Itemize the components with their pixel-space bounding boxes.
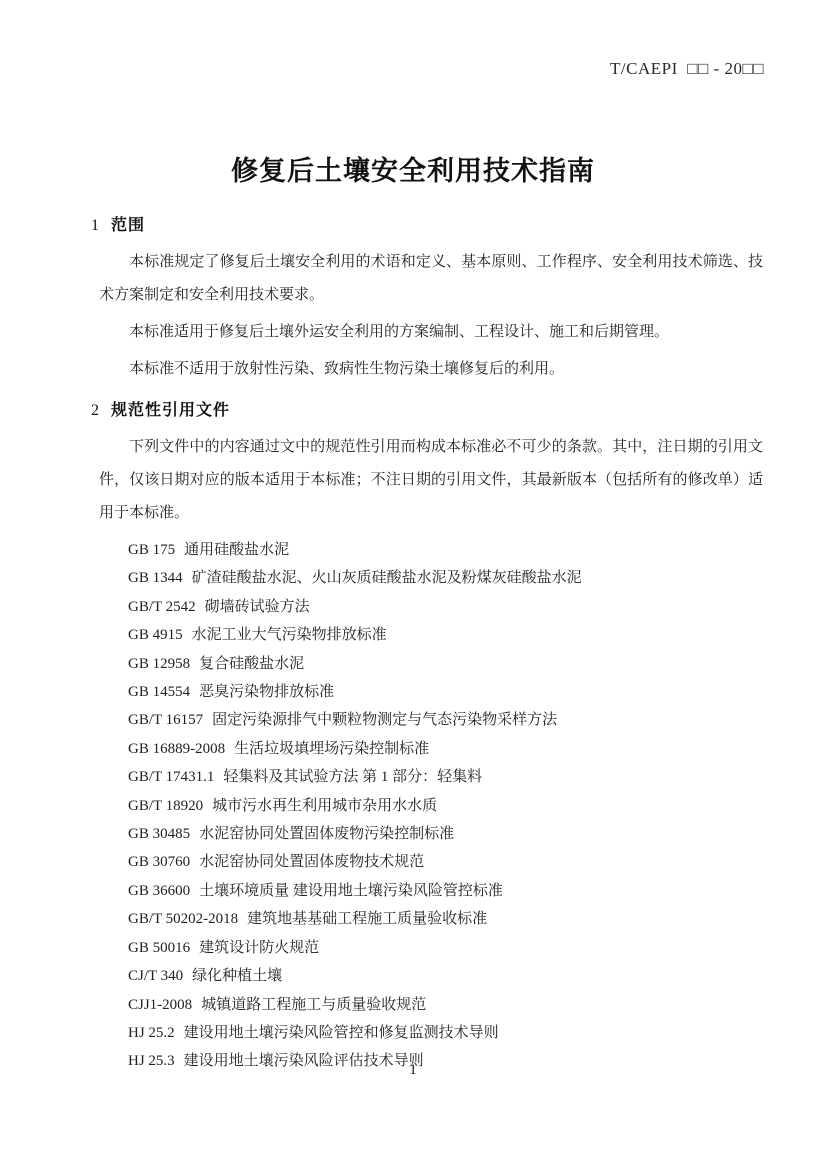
reference-item: HJ 25.2建设用地土壤污染风险管控和修复监测技术导则: [128, 1019, 763, 1047]
reference-item: GB 14554恶臭污染物排放标准: [128, 678, 763, 706]
reference-code: GB 30760: [128, 854, 190, 870]
reference-code: GB/T 18920: [128, 798, 203, 814]
reference-item: GB/T 2542砌墙砖试验方法: [128, 593, 763, 621]
reference-name: 水泥工业大气污染物排放标准: [192, 627, 387, 643]
reference-item: GB 12958复合硅酸盐水泥: [128, 650, 763, 678]
reference-code: GB 14554: [128, 684, 190, 700]
reference-code: GB 30485: [128, 826, 190, 842]
reference-item: GB/T 16157固定污染源排气中颗粒物测定与气态污染物采样方法: [128, 706, 763, 734]
reference-name: 绿化种植土壤: [192, 968, 282, 984]
reference-name: 建设用地土壤污染风险管控和修复监测技术导则: [184, 1025, 499, 1041]
document-title: 修复后土壤安全利用技术指南: [0, 149, 826, 188]
reference-code: GB 175: [128, 542, 175, 558]
reference-name: 恶臭污染物排放标准: [199, 684, 334, 700]
reference-code: GB/T 17431.1: [128, 769, 214, 785]
reference-name: 固定污染源排气中颗粒物测定与气态污染物采样方法: [212, 712, 557, 728]
reference-name: 建筑设计防火规范: [199, 940, 319, 956]
reference-item: CJ/T 340绿化种植土壤: [128, 962, 763, 990]
page-number: 1: [0, 1062, 826, 1079]
reference-code: HJ 25.2: [128, 1025, 175, 1041]
reference-item: GB 1344矿渣硅酸盐水泥、火山灰质硅酸盐水泥及粉煤灰硅酸盐水泥: [128, 564, 763, 592]
reference-code: CJJ1-2008: [128, 997, 192, 1013]
reference-code: GB 1344: [128, 570, 183, 586]
reference-item: GB 36600土壤环境质量 建设用地土壤污染风险管控标准: [128, 877, 763, 905]
reference-name: 轻集料及其试验方法 第 1 部分：轻集料: [223, 769, 482, 785]
reference-item: GB/T 50202-2018建筑地基基础工程施工质量验收标准: [128, 905, 763, 933]
paragraph-scope-1: 本标准规定了修复后土壤安全利用的术语和定义、基本原则、工作程序、安全利用技术筛选…: [99, 246, 763, 312]
reference-code: GB 36600: [128, 883, 190, 899]
reference-item: GB 4915水泥工业大气污染物排放标准: [128, 621, 763, 649]
paragraph-scope-2: 本标准适用于修复后土壤外运安全利用的方案编制、工程设计、施工和后期管理。: [99, 316, 763, 349]
reference-name: 土壤环境质量 建设用地土壤污染风险管控标准: [199, 883, 503, 899]
reference-name: 矿渣硅酸盐水泥、火山灰质硅酸盐水泥及粉煤灰硅酸盐水泥: [192, 570, 582, 586]
section-1-heading: 1范围: [91, 215, 763, 237]
reference-item: GB 30760水泥窑协同处置固体废物技术规范: [128, 848, 763, 876]
section-2-heading: 2规范性引用文件: [91, 400, 763, 422]
section-2-title: 规范性引用文件: [111, 402, 230, 419]
reference-name: 城镇道路工程施工与质量验收规范: [201, 997, 426, 1013]
reference-code: CJ/T 340: [128, 968, 183, 984]
reference-name: 城市污水再生利用城市杂用水水质: [212, 798, 437, 814]
reference-item: GB/T 17431.1轻集料及其试验方法 第 1 部分：轻集料: [128, 763, 763, 791]
reference-name: 水泥窑协同处置固体废物技术规范: [199, 854, 424, 870]
standard-code: T/CAEPI □□ - 20□□: [610, 59, 764, 79]
reference-item: GB 30485水泥窑协同处置固体废物污染控制标准: [128, 820, 763, 848]
section-2-number: 2: [91, 400, 99, 422]
reference-code: GB 4915: [128, 627, 183, 643]
reference-item: CJJ1-2008城镇道路工程施工与质量验收规范: [128, 991, 763, 1019]
section-1-number: 1: [91, 215, 99, 237]
reference-item: GB/T 18920城市污水再生利用城市杂用水水质: [128, 792, 763, 820]
reference-item: GB 175通用硅酸盐水泥: [128, 536, 763, 564]
references-list: GB 175通用硅酸盐水泥 GB 1344矿渣硅酸盐水泥、火山灰质硅酸盐水泥及粉…: [99, 536, 763, 1076]
reference-code: GB 16889-2008: [128, 741, 225, 757]
paragraph-scope-3: 本标准不适用于放射性污染、致病性生物污染土壤修复后的利用。: [99, 353, 763, 386]
reference-item: GB 50016建筑设计防火规范: [128, 934, 763, 962]
reference-name: 生活垃圾填埋场污染控制标准: [234, 741, 429, 757]
reference-name: 复合硅酸盐水泥: [199, 656, 304, 672]
reference-code: GB/T 2542: [128, 599, 196, 615]
reference-code: GB/T 50202-2018: [128, 911, 238, 927]
document-page: T/CAEPI □□ - 20□□ 修复后土壤安全利用技术指南 1范围 本标准规…: [0, 0, 826, 1169]
reference-name: 通用硅酸盐水泥: [184, 542, 289, 558]
reference-code: GB 12958: [128, 656, 190, 672]
reference-name: 建筑地基基础工程施工质量验收标准: [247, 911, 487, 927]
reference-item: GB 16889-2008生活垃圾填埋场污染控制标准: [128, 735, 763, 763]
paragraph-references-intro: 下列文件中的内容通过文中的规范性引用而构成本标准必不可少的条款。其中，注日期的引…: [99, 431, 763, 530]
reference-name: 水泥窑协同处置固体废物污染控制标准: [199, 826, 454, 842]
reference-code: GB/T 16157: [128, 712, 203, 728]
reference-code: GB 50016: [128, 940, 190, 956]
section-1-title: 范围: [111, 217, 145, 234]
reference-name: 砌墙砖试验方法: [205, 599, 310, 615]
document-body: 1范围 本标准规定了修复后土壤安全利用的术语和定义、基本原则、工作程序、安全利用…: [99, 210, 763, 1076]
